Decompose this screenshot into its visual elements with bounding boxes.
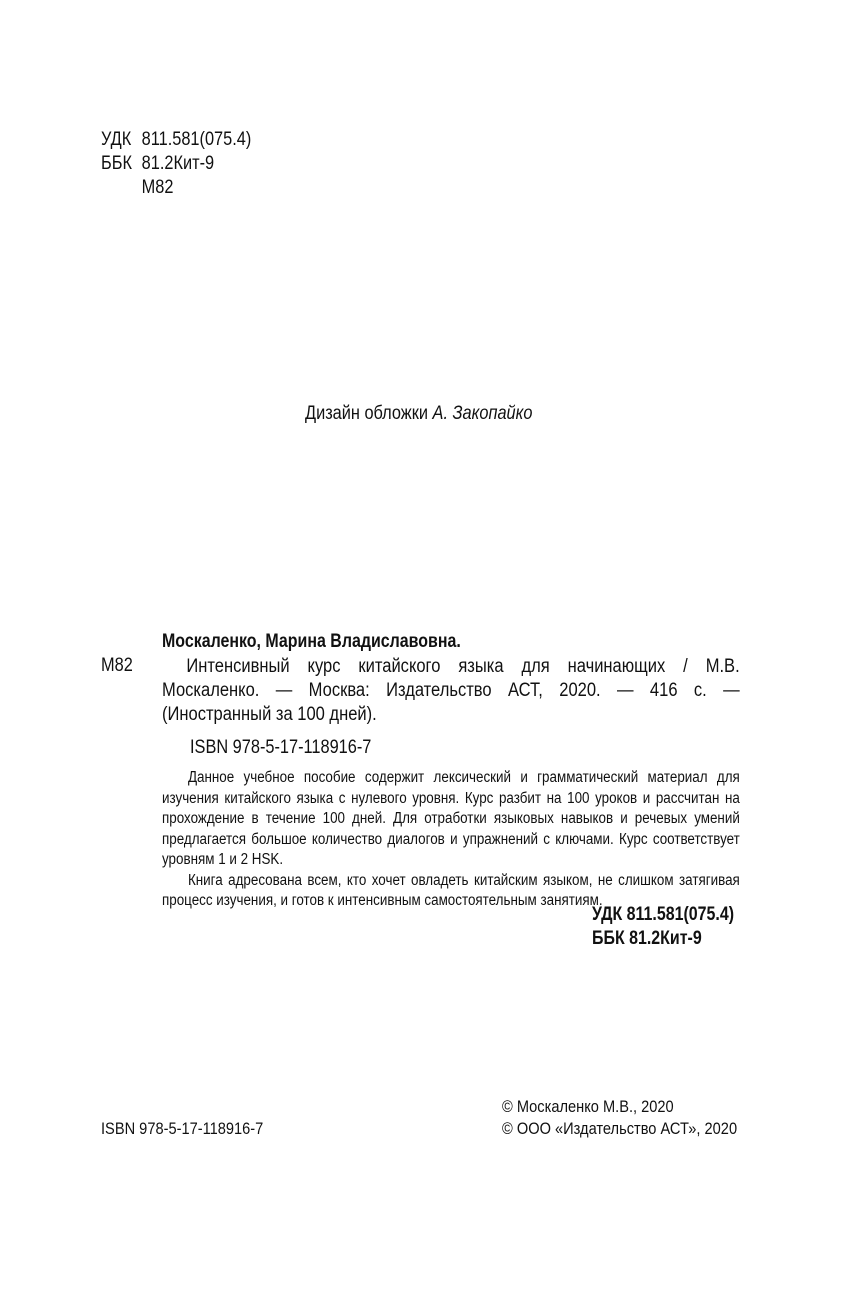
catalog-udk: УДК 811.581(075.4) (592, 903, 734, 927)
catalog-description-text: Интенсивный курс китайского языка для на… (162, 656, 740, 725)
catalog-description: Интенсивный курс китайского языка для на… (162, 655, 740, 727)
classification-block: УДК 811.581(075.4) ББК 81.2Кит-9 М82 (101, 128, 251, 200)
author-mark: М82 (142, 177, 174, 198)
bbk-label: ББК (101, 152, 130, 176)
cover-design-label: Дизайн обложки (305, 403, 428, 424)
abstract-paragraph: Данное учебное пособие содержит лексичес… (162, 768, 740, 871)
cover-design-credit: Дизайн обложки А. Закопайко (305, 403, 532, 425)
footer-isbn: ISBN 978-5-17-118916-7 (101, 1118, 263, 1140)
cover-designer-name: А. Закопайко (433, 403, 533, 424)
copyright-publisher: © ООО «Издательство АСТ», 2020 (502, 1118, 737, 1140)
catalog-abstract: Данное учебное пособие содержит лексичес… (162, 768, 740, 912)
catalog-classification: УДК 811.581(075.4) ББК 81.2Кит-9 (592, 903, 734, 951)
bbk-line: ББК 81.2Кит-9 (101, 152, 251, 176)
copyright-author: © Москаленко М.В., 2020 (502, 1096, 737, 1118)
author-mark-line: М82 (101, 176, 251, 200)
bbk-value: 81.2Кит-9 (142, 153, 214, 174)
udk-label: УДК (101, 128, 130, 152)
udk-line: УДК 811.581(075.4) (101, 128, 251, 152)
catalog-author: Москаленко, Марина Владиславовна. (162, 631, 461, 653)
catalog-isbn: ISBN 978-5-17-118916-7 (190, 737, 371, 759)
footer-copyright: © Москаленко М.В., 2020 © ООО «Издательс… (502, 1096, 737, 1140)
udk-value: 811.581(075.4) (142, 129, 252, 150)
catalog-bbk: ББК 81.2Кит-9 (592, 927, 734, 951)
catalog-author-mark: М82 (101, 655, 133, 677)
